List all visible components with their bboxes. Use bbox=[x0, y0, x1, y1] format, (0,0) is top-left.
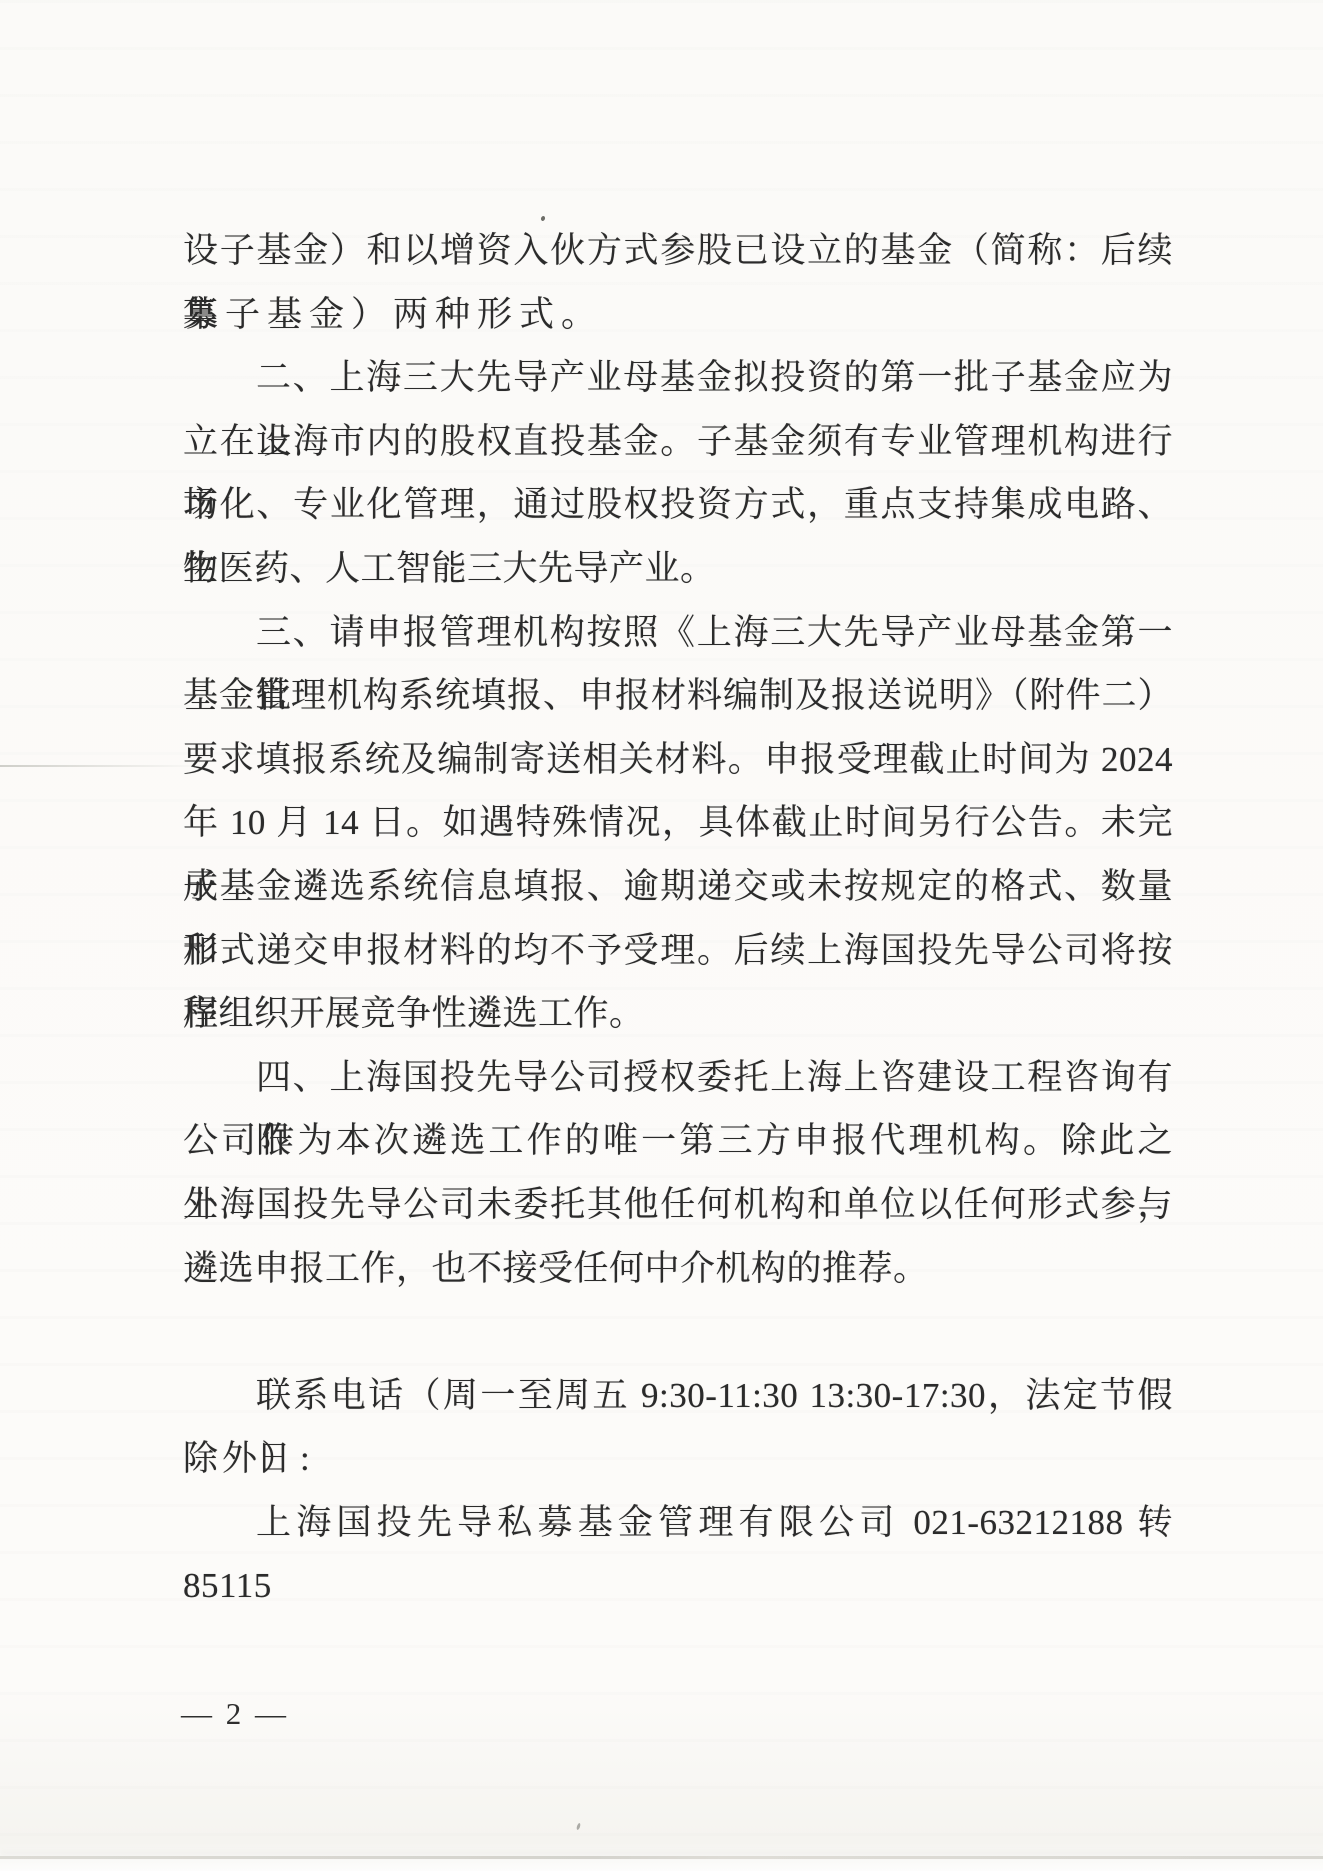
text-line: 四、上海国投先导公司授权委托上海上咨建设工程咨询有限 bbox=[183, 1046, 1173, 1110]
blank-line bbox=[183, 1300, 1173, 1364]
scan-artifact-line bbox=[0, 765, 205, 767]
text-line: 联系电话（周一至周五 9:30-11:30 13:30-17:30，法定节假日 bbox=[183, 1364, 1173, 1428]
page-bottom-edge-shadow bbox=[0, 1856, 1323, 1859]
text-line: 形式递交申报材料的均不予受理。后续上海国投先导公司将按程 bbox=[183, 919, 1173, 983]
document-body: 设子基金）和以增资入伙方式参股已设立的基金（简称：后续募 集子基金）两种形式。 … bbox=[183, 219, 1173, 1618]
text-line: 集子基金）两种形式。 bbox=[183, 283, 1173, 347]
text-line: 二、上海三大先导产业母基金拟投资的第一批子基金应为设 bbox=[183, 346, 1173, 410]
text-line: 三、请申报管理机构按照《上海三大先导产业母基金第一批 bbox=[183, 601, 1173, 665]
text-line: 场化、专业化管理，通过股权投资方式，重点支持集成电路、生 bbox=[183, 473, 1173, 537]
scan-speck bbox=[576, 1823, 581, 1831]
text-line: 设子基金）和以增资入伙方式参股已设立的基金（简称：后续募 bbox=[183, 219, 1173, 283]
text-line: 遴选申报工作，也不接受任何中介机构的推荐。 bbox=[183, 1237, 1173, 1301]
text-line: 上海国投先导私募基金管理有限公司 021-63212188 转 bbox=[183, 1491, 1173, 1555]
text-line: 要求填报系统及编制寄送相关材料。申报受理截止时间为 2024 bbox=[183, 728, 1173, 792]
text-line: 年 10 月 14 日。如遇特殊情况，具体截止时间另行公告。未完成 bbox=[183, 791, 1173, 855]
text-line: 物医药、人工智能三大先导产业。 bbox=[183, 537, 1173, 601]
text-line: 序组织开展竞争性遴选工作。 bbox=[183, 982, 1173, 1046]
text-line: 立在上海市内的股权直投基金。子基金须有专业管理机构进行市 bbox=[183, 410, 1173, 474]
text-line: 上海国投先导公司未委托其他任何机构和单位以任何形式参与 bbox=[183, 1173, 1173, 1237]
text-line: 除外）: bbox=[183, 1427, 1173, 1491]
text-line: 基金管理机构系统填报、申报材料编制及报送说明》（附件二） bbox=[183, 664, 1173, 728]
document-page: 设子基金）和以增资入伙方式参股已设立的基金（简称：后续募 集子基金）两种形式。 … bbox=[0, 0, 1323, 1871]
text-line: 公司作为本次遴选工作的唯一第三方申报代理机构。除此之外， bbox=[183, 1109, 1173, 1173]
page-number: — 2 — bbox=[181, 1696, 289, 1732]
text-line: 子基金遴选系统信息填报、逾期递交或未按规定的格式、数量和 bbox=[183, 855, 1173, 919]
text-line: 85115 bbox=[183, 1554, 1173, 1618]
